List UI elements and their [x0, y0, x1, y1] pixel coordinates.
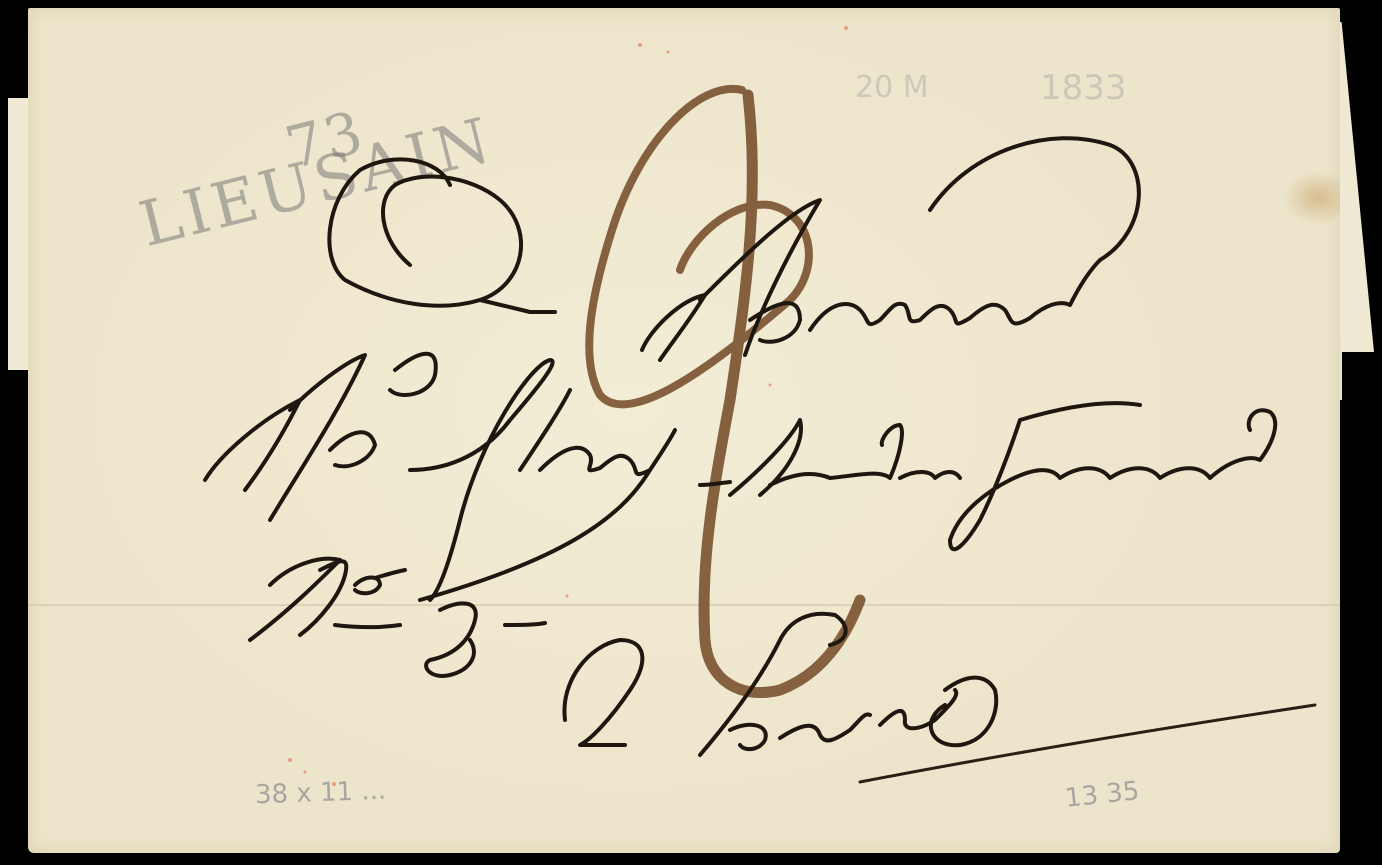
letter-photo: 20 M 1833 73 LIEUSAIN 38 x 11 ... 13 35: [0, 0, 1382, 865]
handwriting: [0, 0, 1382, 865]
script-number-3: [250, 559, 545, 676]
script-mr-clary: [205, 354, 730, 600]
tax-mark-nine: [589, 89, 860, 693]
script-a-mark: [329, 159, 555, 312]
address-underline: [860, 705, 1315, 782]
script-monsieur: [642, 138, 1139, 360]
script-rue-des-jeuneurs: [730, 403, 1275, 549]
